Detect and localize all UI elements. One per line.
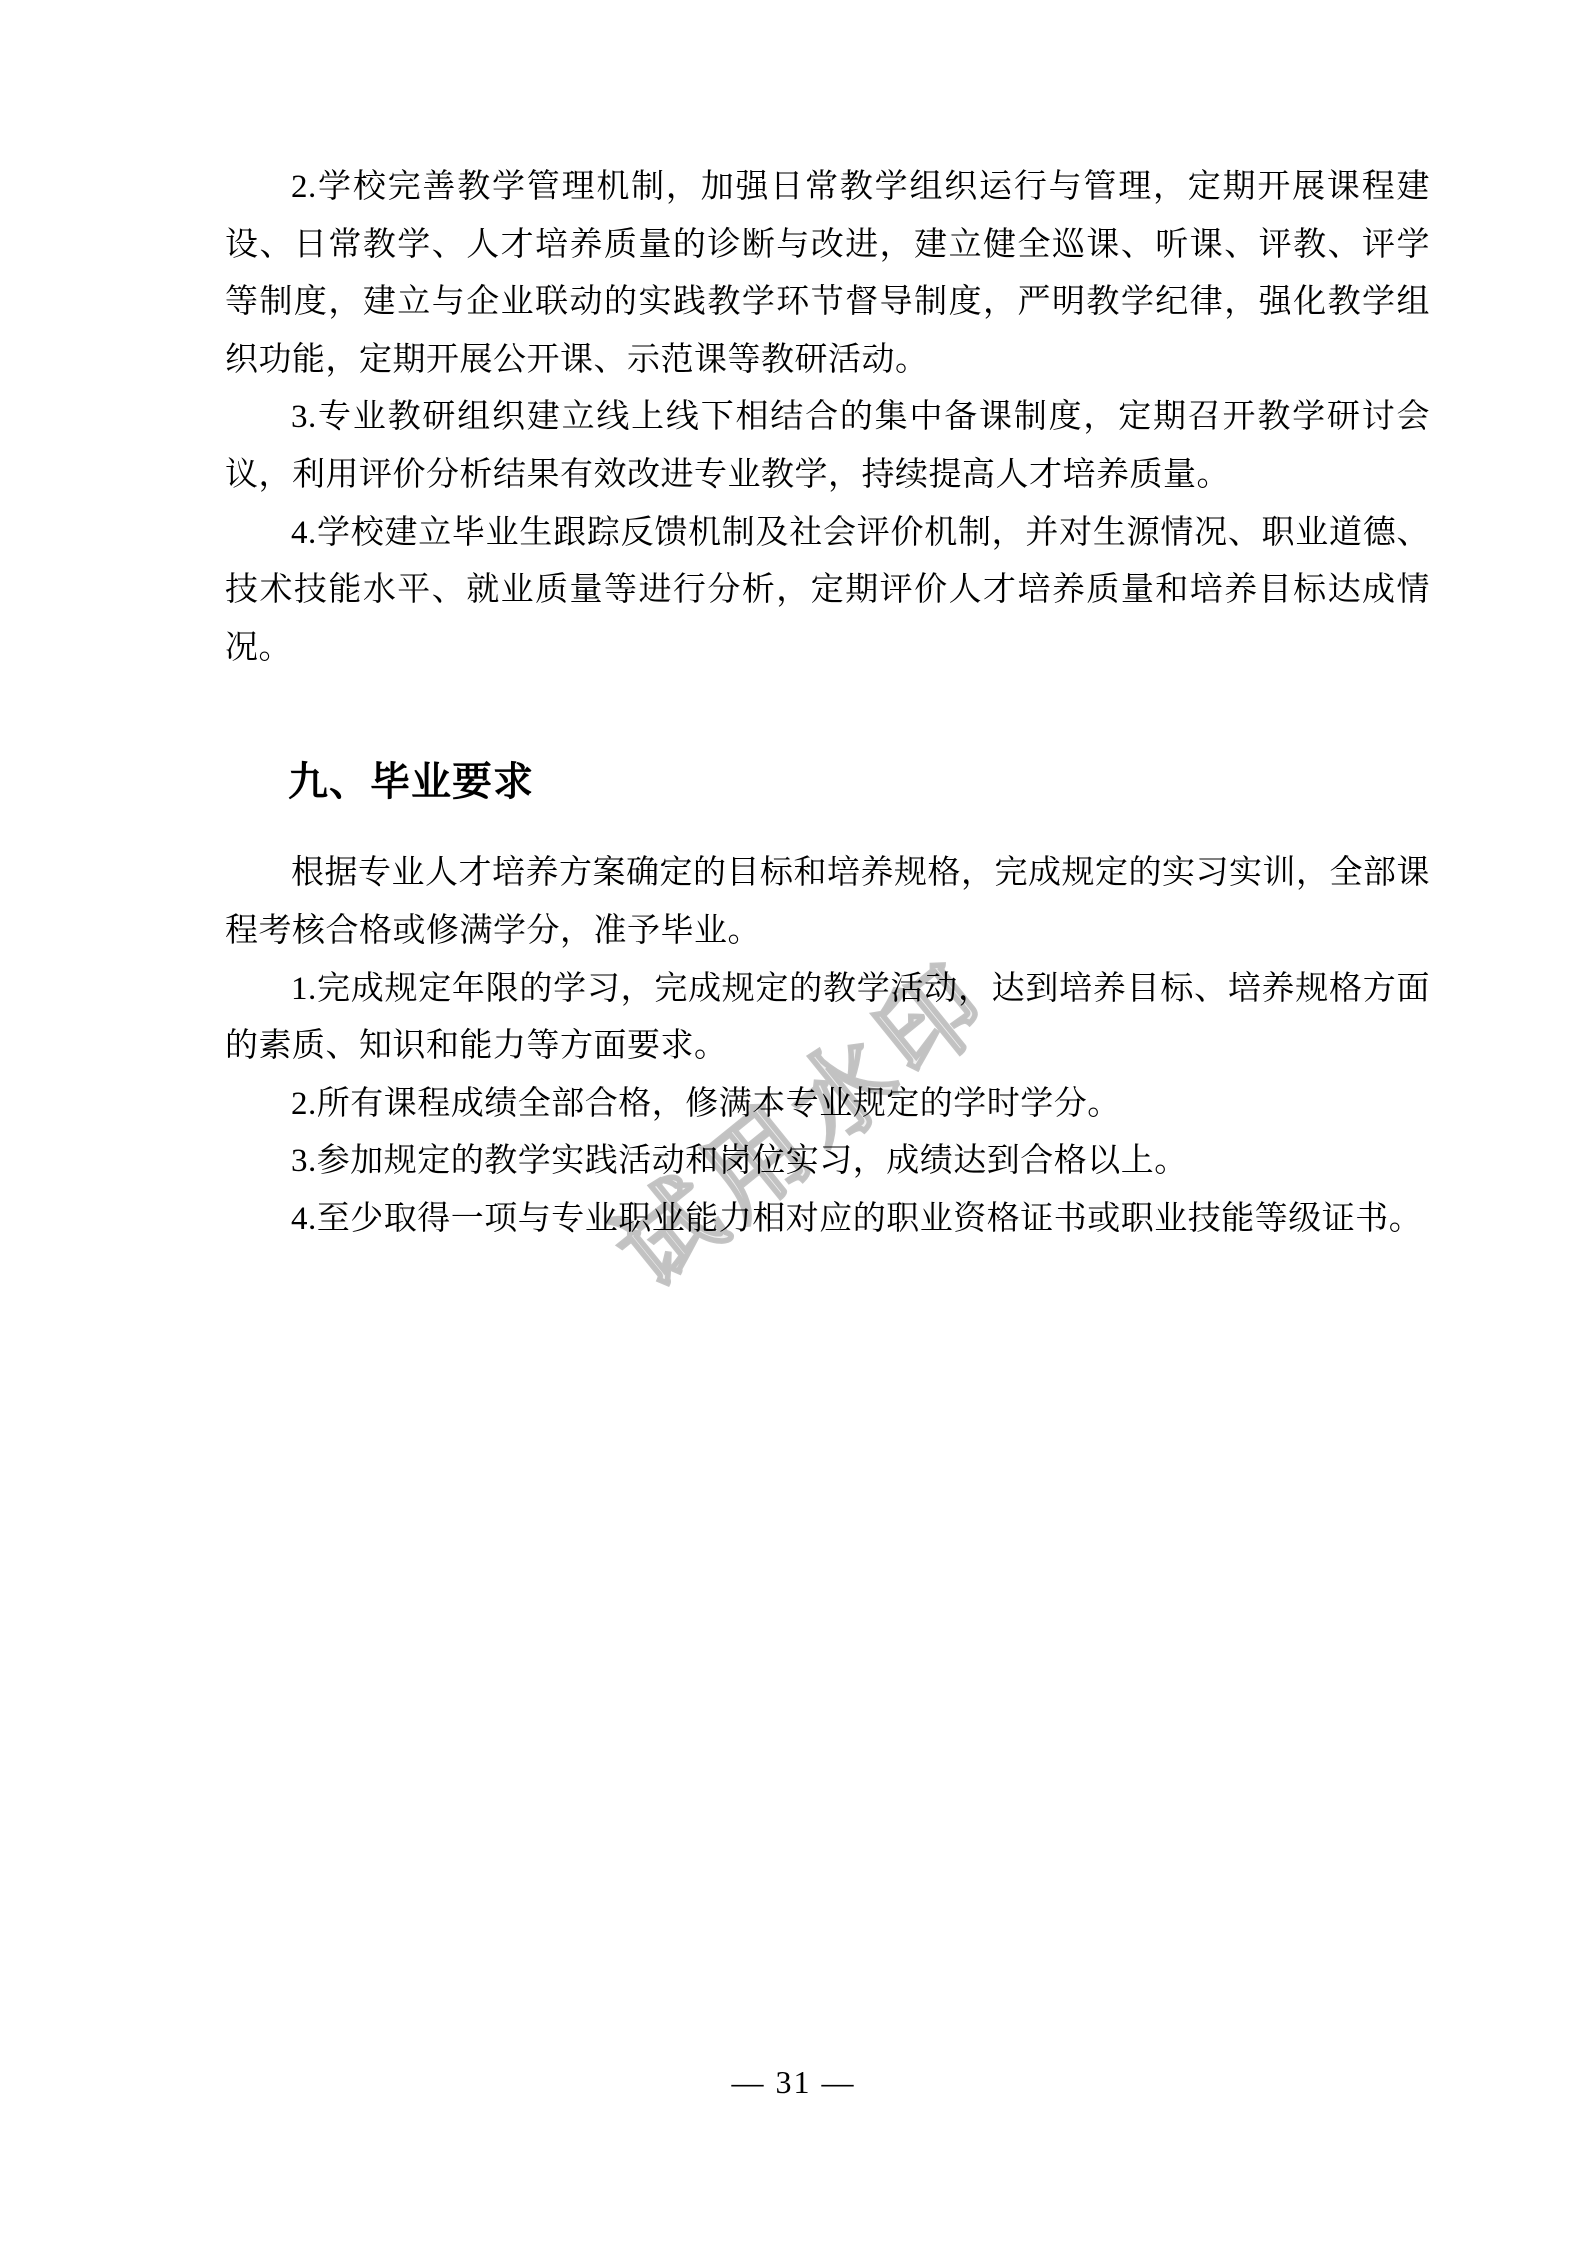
graduation-requirement-item-3: 3.参加规定的教学实践活动和岗位实习，成绩达到合格以上。 [225, 1133, 1430, 1191]
section-heading-graduation-requirements: 九、毕业要求 [225, 753, 1430, 811]
graduation-requirement-item-1: 1.完成规定年限的学习，完成规定的教学活动，达到培养目标、培养规格方面的素质、知… [225, 961, 1430, 1076]
paragraph-graduation-intro: 根据专业人才培养方案确定的目标和培养规格，完成规定的实习实训，全部课程考核合格或… [225, 845, 1430, 960]
graduation-requirement-item-2: 2.所有课程成绩全部合格，修满本专业规定的学时学分。 [225, 1076, 1430, 1134]
paragraph-school-teaching-management: 2.学校完善教学管理机制，加强日常教学组织运行与管理，定期开展课程建设、日常教学… [225, 159, 1430, 389]
graduation-requirement-item-4: 4.至少取得一项与专业职业能力相对应的职业资格证书或职业技能等级证书。 [225, 1191, 1430, 1249]
page-body-text: 2.学校完善教学管理机制，加强日常教学组织运行与管理，定期开展课程建设、日常教学… [225, 159, 1430, 1249]
document-page: 试用水印 2.学校完善教学管理机制，加强日常教学组织运行与管理，定期开展课程建设… [0, 0, 1587, 2245]
page-number: — 31 — [0, 2062, 1587, 2102]
paragraph-graduate-tracking-feedback: 4.学校建立毕业生跟踪反馈机制及社会评价机制，并对生源情况、职业道德、技术技能水… [225, 505, 1430, 678]
paragraph-teaching-research-organization: 3.专业教研组织建立线上线下相结合的集中备课制度，定期召开教学研讨会议，利用评价… [225, 389, 1430, 504]
